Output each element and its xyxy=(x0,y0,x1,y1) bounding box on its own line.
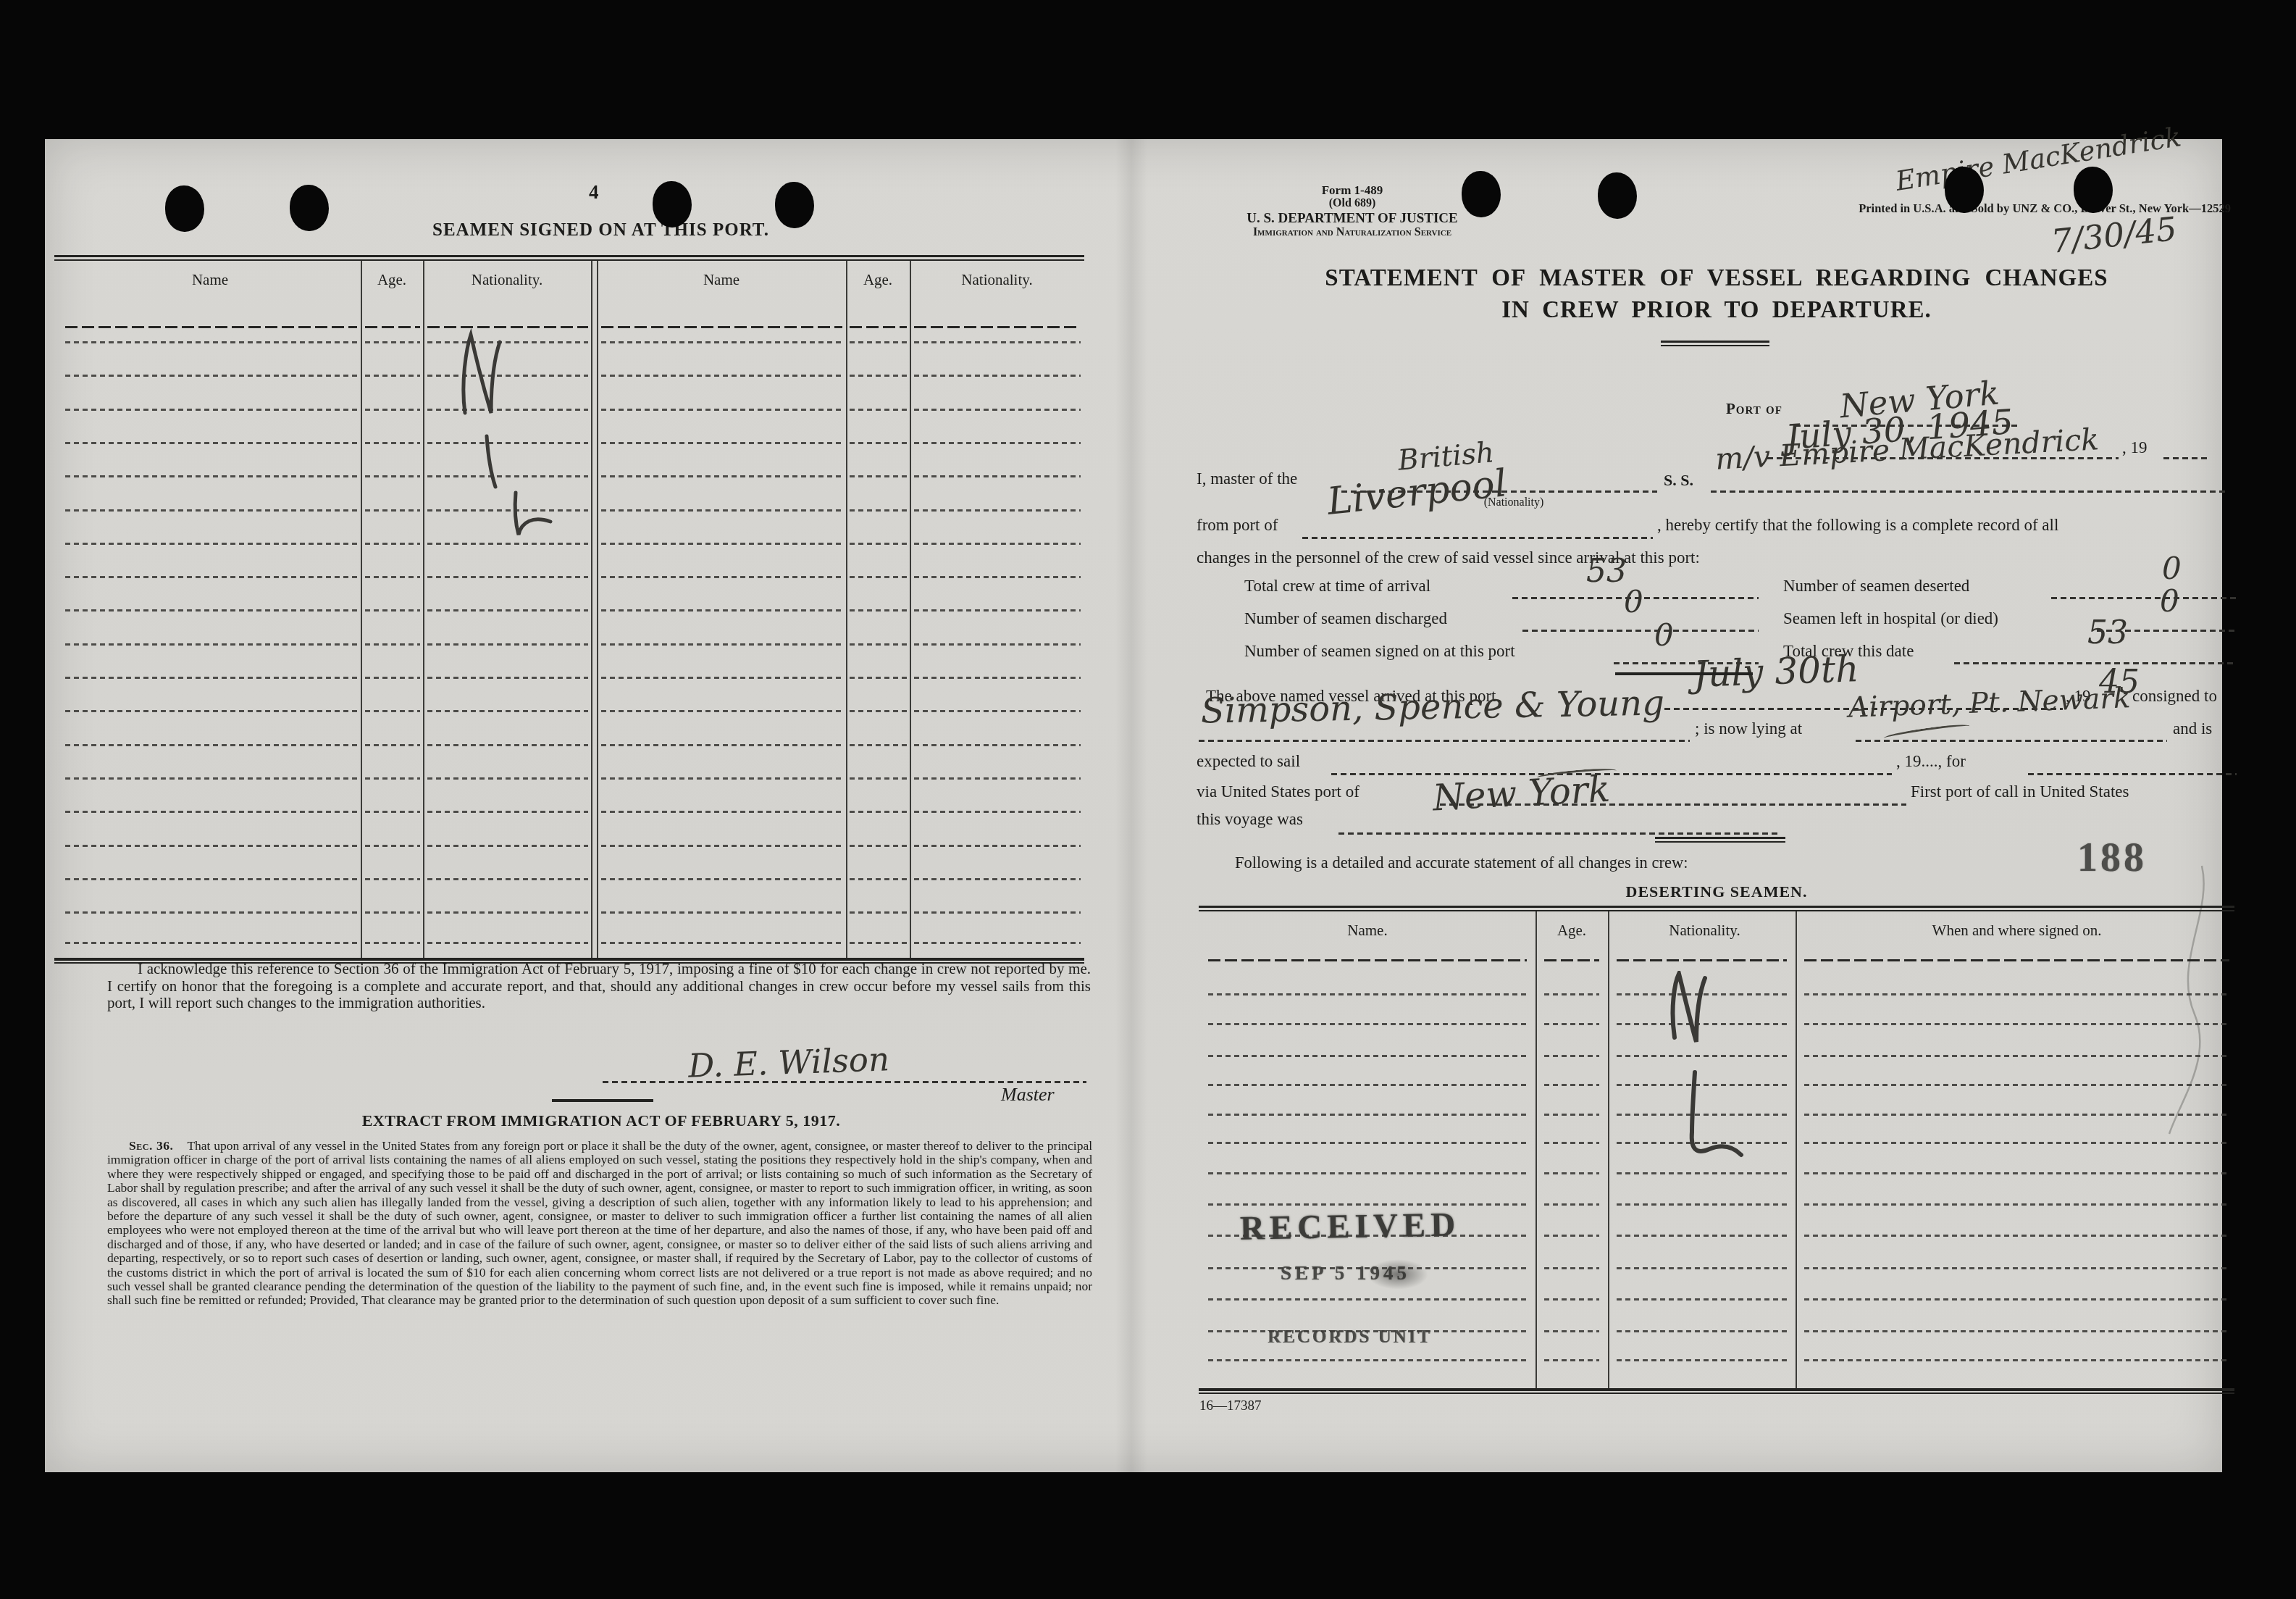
table-row xyxy=(850,942,907,944)
table-row xyxy=(1208,1298,1527,1301)
table-row xyxy=(1617,1055,1787,1057)
table-row xyxy=(914,442,1081,444)
acknowledgment-paragraph: I acknowledge this reference to Section … xyxy=(107,961,1091,1012)
table-row xyxy=(65,409,357,411)
signature-line xyxy=(603,1081,1086,1083)
table-row xyxy=(914,710,1081,712)
table-row xyxy=(65,911,357,914)
table-row xyxy=(427,942,588,944)
table-row xyxy=(365,475,420,477)
table-row xyxy=(1804,1172,2229,1174)
table-column-line xyxy=(846,261,847,958)
table-row xyxy=(1544,1267,1599,1269)
rule-line xyxy=(1199,1388,2234,1391)
table-row xyxy=(850,811,907,813)
rule-line xyxy=(1199,910,2234,911)
expected-line xyxy=(1331,773,1892,775)
table-row xyxy=(601,475,842,477)
department-line: U. S. DEPARTMENT OF JUSTICE xyxy=(1211,211,1493,227)
table-row xyxy=(850,845,907,847)
lying-line xyxy=(1856,740,2167,742)
table-row xyxy=(850,777,907,780)
table-row xyxy=(427,576,588,578)
table-row xyxy=(914,878,1081,880)
left-table-header-age-2: Age. xyxy=(846,271,910,289)
arrived-date-value: July 30th xyxy=(1693,648,1859,696)
left-table-header-name-2: Name xyxy=(597,271,846,289)
table-row xyxy=(601,409,842,411)
handwritten-nil-mark-left xyxy=(443,327,588,538)
table-row xyxy=(1804,1298,2229,1301)
table-row xyxy=(1544,1023,1599,1025)
table-row xyxy=(365,341,420,343)
table-header-underline xyxy=(1617,959,1787,961)
table-row xyxy=(427,475,588,477)
table-row xyxy=(601,777,842,780)
table-row xyxy=(850,677,907,679)
stat-deserted-label: Number of seamen deserted xyxy=(1783,577,1969,596)
table-row xyxy=(365,911,420,914)
table-row xyxy=(850,710,907,712)
table-row xyxy=(65,777,357,780)
table-row xyxy=(427,609,588,611)
table-row xyxy=(601,710,842,712)
table-row xyxy=(365,609,420,611)
table-row xyxy=(65,710,357,712)
table-row xyxy=(427,442,588,444)
arrived-suffix: consigned to xyxy=(2132,687,2217,706)
stat-total-value: 53 xyxy=(2087,614,2128,651)
table-row xyxy=(1804,1267,2229,1269)
table-row xyxy=(427,811,588,813)
table-row xyxy=(1804,1023,2229,1025)
table-row xyxy=(601,942,842,944)
table-row xyxy=(65,811,357,813)
table-row xyxy=(65,878,357,880)
and-is-label: and is xyxy=(2173,719,2212,738)
table-row xyxy=(1804,1235,2229,1237)
from-port-line xyxy=(1302,537,1653,539)
service-line: Immigration and Naturalization Service xyxy=(1211,226,1493,239)
stat-deserted-line xyxy=(2051,597,2237,599)
table-row xyxy=(601,509,842,512)
table-row xyxy=(65,643,357,646)
form-old-number: (Old 689) xyxy=(1283,197,1421,210)
left-table-header-age-1: Age. xyxy=(361,271,423,289)
table-row xyxy=(65,543,357,545)
table-row xyxy=(1804,1359,2229,1361)
table-row xyxy=(1617,1330,1787,1332)
table-row xyxy=(365,375,420,377)
deserting-header-age: Age. xyxy=(1538,922,1605,940)
table-row xyxy=(1208,1023,1527,1025)
table-row xyxy=(65,375,357,377)
table-row xyxy=(914,509,1081,512)
table-row xyxy=(1544,1084,1599,1086)
punch-hole xyxy=(1945,167,1984,213)
table-row xyxy=(427,509,588,512)
table-row xyxy=(1544,1359,1599,1361)
table-row xyxy=(601,576,842,578)
signature-role-label: Master xyxy=(1001,1084,1055,1106)
table-row xyxy=(1208,1359,1527,1361)
sec36-paragraph: Sec. 36. That upon arrival of any vessel… xyxy=(107,1139,1092,1308)
table-row xyxy=(1617,993,1787,995)
table-row xyxy=(1208,1330,1527,1332)
from-port-label: from port of xyxy=(1197,516,1278,535)
table-row xyxy=(1804,1330,2229,1332)
table-row xyxy=(1544,1298,1599,1301)
table-row xyxy=(601,845,842,847)
table-row xyxy=(65,845,357,847)
table-row xyxy=(427,543,588,545)
table-row xyxy=(850,543,907,545)
table-column-line xyxy=(591,261,592,958)
table-row xyxy=(65,609,357,611)
left-table-header-nationality-1: Nationality. xyxy=(423,271,591,289)
table-row xyxy=(1804,993,2229,995)
table-row xyxy=(914,643,1081,646)
table-column-line xyxy=(1608,911,1609,1388)
table-row xyxy=(914,911,1081,914)
table-row xyxy=(914,576,1081,578)
table-row xyxy=(427,341,588,343)
table-row xyxy=(427,643,588,646)
table-row xyxy=(365,777,420,780)
certify-text: , hereby certify that the following is a… xyxy=(1657,516,2058,535)
table-header-underline xyxy=(1544,959,1599,961)
table-row xyxy=(1544,1055,1599,1057)
table-row xyxy=(914,341,1081,343)
vessel-name-line xyxy=(1711,490,2225,493)
form-number: Form 1-489 xyxy=(1283,183,1421,198)
table-row xyxy=(601,677,842,679)
table-row xyxy=(601,543,842,545)
punch-hole xyxy=(2074,167,2113,213)
master-signature: D. E. Wilson xyxy=(687,1040,890,1085)
table-row xyxy=(850,576,907,578)
table-row xyxy=(427,878,588,880)
punch-hole xyxy=(290,185,329,231)
left-page-title: SEAMEN SIGNED ON AT THIS PORT. xyxy=(432,220,769,241)
extract-title: EXTRACT FROM IMMIGRATION ACT OF FEBRUARY… xyxy=(261,1111,942,1130)
table-row xyxy=(427,375,588,377)
deserting-seamen-title: DESERTING SEAMEN. xyxy=(1202,882,2231,901)
table-row xyxy=(601,609,842,611)
stat-deserted-value: 0 xyxy=(2162,551,2182,586)
table-row xyxy=(1544,1235,1599,1237)
stat-hospital-label: Seamen left in hospital (or died) xyxy=(1783,609,1998,628)
table-row xyxy=(850,609,907,611)
left-table-header-nationality-2: Nationality. xyxy=(910,271,1084,289)
table-row xyxy=(365,442,420,444)
table-column-line xyxy=(910,261,911,958)
deserting-header-nationality: Nationality. xyxy=(1617,922,1793,940)
table-row xyxy=(427,710,588,712)
rule-line xyxy=(54,962,1084,964)
table-row xyxy=(65,744,357,746)
date-year-line xyxy=(2163,457,2207,459)
table-row xyxy=(427,409,588,411)
table-row xyxy=(1208,1172,1527,1174)
sec36-text: That upon arrival of any vessel in the U… xyxy=(107,1138,1092,1307)
table-row xyxy=(1208,1084,1527,1086)
table-row xyxy=(1544,1203,1599,1206)
table-header-underline xyxy=(914,326,1081,328)
punch-hole xyxy=(1462,171,1501,217)
date-year-prefix: , 19 xyxy=(2122,438,2148,457)
table-header-underline xyxy=(427,326,588,328)
punch-hole xyxy=(1598,172,1637,219)
table-row xyxy=(1617,1172,1787,1174)
rule-line xyxy=(1661,341,1769,343)
pencil-scribble xyxy=(2144,855,2238,1145)
table-row xyxy=(1617,1114,1787,1116)
first-port-label: First port of call in United States xyxy=(1911,782,2129,801)
table-row xyxy=(914,375,1081,377)
lying-label: ; is now lying at xyxy=(1695,719,1802,738)
table-row xyxy=(914,845,1081,847)
table-row xyxy=(1617,1084,1787,1086)
table-row xyxy=(1804,1203,2229,1206)
via-label: via United States port of xyxy=(1197,782,1359,801)
stat-arrival-label: Total crew at time of arrival xyxy=(1244,577,1430,596)
table-row xyxy=(1208,993,1527,995)
table-row xyxy=(65,576,357,578)
table-row xyxy=(601,442,842,444)
rule-line xyxy=(54,958,1084,961)
page-number-stamp: 188 xyxy=(2077,835,2147,881)
table-row xyxy=(1804,1084,2229,1086)
left-table-header-name-1: Name xyxy=(116,271,304,289)
table-row xyxy=(65,341,357,343)
stat-signed-on-label: Number of seamen signed on at this port xyxy=(1244,642,1515,661)
stat-discharged-label: Number of seamen discharged xyxy=(1244,609,1447,628)
table-row xyxy=(601,744,842,746)
rule-line xyxy=(1655,841,1785,843)
punch-hole xyxy=(653,181,692,227)
table-row xyxy=(1208,1235,1527,1237)
table-row xyxy=(1544,993,1599,995)
acknowledgment-text: I acknowledge this reference to Section … xyxy=(107,960,1091,1011)
consigned-value: Simpson, Spence & Young xyxy=(1201,682,1665,731)
stat-signed-on-value: 0 xyxy=(1654,617,1674,653)
page-fold xyxy=(1115,139,1147,1472)
table-row xyxy=(850,878,907,880)
table-row xyxy=(914,942,1081,944)
expected-for-line xyxy=(2028,773,2237,775)
rule-line xyxy=(54,259,1084,261)
table-row xyxy=(1208,1203,1527,1206)
deserting-header-name: Name. xyxy=(1208,922,1527,940)
table-row xyxy=(601,375,842,377)
sec36-label: Sec. 36. xyxy=(129,1138,173,1153)
following-line: Following is a detailed and accurate sta… xyxy=(1235,853,1688,872)
table-row xyxy=(1208,1142,1527,1144)
table-row xyxy=(1208,1114,1527,1116)
table-row xyxy=(1617,1203,1787,1206)
table-row xyxy=(1208,1267,1527,1269)
left-page-number: 4 xyxy=(589,181,599,204)
table-row xyxy=(1804,1114,2229,1116)
table-row xyxy=(1617,1235,1787,1237)
table-row xyxy=(1617,1359,1787,1361)
table-row xyxy=(65,942,357,944)
stat-discharged-value: 0 xyxy=(1624,584,1643,619)
table-row xyxy=(850,409,907,411)
scanned-document: 4 SEAMEN SIGNED ON AT THIS PORT. Name Ag… xyxy=(0,0,2296,1599)
received-stamp: RECEIVED xyxy=(1240,1205,1461,1248)
master-prefix: I, master of the xyxy=(1197,469,1297,488)
table-row xyxy=(914,744,1081,746)
table-header-underline xyxy=(1804,959,2229,961)
table-row xyxy=(65,442,357,444)
statement-title-line1: STATEMENT OF MASTER OF VESSEL REGARDING … xyxy=(1202,265,2231,292)
table-row xyxy=(365,744,420,746)
table-column-line xyxy=(1796,911,1797,1388)
expected-label: expected to sail xyxy=(1197,752,1300,771)
port-of-label: Port of xyxy=(1726,400,1782,418)
rule-line xyxy=(1615,672,1753,675)
table-row xyxy=(850,442,907,444)
table-row xyxy=(850,509,907,512)
table-row xyxy=(365,811,420,813)
table-row xyxy=(365,710,420,712)
table-row xyxy=(365,677,420,679)
table-row xyxy=(601,811,842,813)
consigned-line xyxy=(1199,740,1690,742)
table-row xyxy=(1617,1142,1787,1144)
expected-mid: , 19...., for xyxy=(1896,752,1966,771)
table-header-underline xyxy=(65,326,357,328)
punch-hole xyxy=(775,182,814,228)
table-row xyxy=(65,677,357,679)
rule-line xyxy=(1199,1393,2234,1394)
table-row xyxy=(427,677,588,679)
table-row xyxy=(601,878,842,880)
table-row xyxy=(427,911,588,914)
rule-line xyxy=(1199,906,2234,908)
voyage-label: this voyage was xyxy=(1197,810,1303,829)
table-row xyxy=(850,475,907,477)
table-row xyxy=(914,543,1081,545)
table-row xyxy=(427,845,588,847)
table-row xyxy=(914,609,1081,611)
stat-hospital-value: 0 xyxy=(2160,583,2179,619)
table-column-line xyxy=(361,261,362,958)
statement-title-line2: IN CREW PRIOR TO DEPARTURE. xyxy=(1202,297,2231,324)
table-row xyxy=(365,878,420,880)
table-row xyxy=(1544,1142,1599,1144)
stat-arrival-value: 53 xyxy=(1586,553,1627,590)
table-row xyxy=(1617,1267,1787,1269)
ss-label: S. S. xyxy=(1664,471,1693,490)
table-row xyxy=(65,475,357,477)
table-row xyxy=(601,911,842,914)
table-row xyxy=(365,543,420,545)
table-row xyxy=(850,375,907,377)
table-column-line xyxy=(423,261,424,958)
table-row xyxy=(1617,1023,1787,1025)
plate-number: 16—17387 xyxy=(1199,1398,1262,1414)
table-row xyxy=(1804,1142,2229,1144)
rule-line xyxy=(552,1099,653,1102)
stat-total-line xyxy=(1954,662,2237,664)
table-row xyxy=(850,643,907,646)
table-row xyxy=(914,677,1081,679)
table-row xyxy=(1617,1298,1787,1301)
table-header-underline xyxy=(365,326,420,328)
table-row xyxy=(365,509,420,512)
table-column-line xyxy=(597,261,598,958)
rule-line xyxy=(1661,345,1769,346)
rule-line xyxy=(1655,837,1785,839)
table-row xyxy=(1544,1172,1599,1174)
ink-smudge xyxy=(1367,1259,1428,1290)
table-row xyxy=(850,744,907,746)
table-column-line xyxy=(1535,911,1537,1388)
table-row xyxy=(914,777,1081,780)
table-header-underline xyxy=(1208,959,1527,961)
table-row xyxy=(365,942,420,944)
table-row xyxy=(914,409,1081,411)
table-row xyxy=(850,911,907,914)
table-row xyxy=(365,845,420,847)
rule-line xyxy=(54,255,1084,257)
stat-discharged-line xyxy=(1522,630,1759,632)
table-row xyxy=(427,744,588,746)
table-row xyxy=(914,811,1081,813)
table-row xyxy=(365,409,420,411)
table-row xyxy=(365,576,420,578)
table-row xyxy=(1544,1330,1599,1332)
table-row xyxy=(1804,1055,2229,1057)
table-row xyxy=(1208,1055,1527,1057)
table-row xyxy=(601,643,842,646)
table-row xyxy=(914,475,1081,477)
table-row xyxy=(601,341,842,343)
voyage-line xyxy=(1338,832,1780,835)
table-row xyxy=(1544,1114,1599,1116)
table-row xyxy=(65,509,357,512)
punch-hole xyxy=(165,185,204,232)
table-row xyxy=(427,777,588,780)
table-header-underline xyxy=(850,326,907,328)
table-row xyxy=(850,341,907,343)
table-row xyxy=(365,643,420,646)
table-header-underline xyxy=(601,326,842,328)
